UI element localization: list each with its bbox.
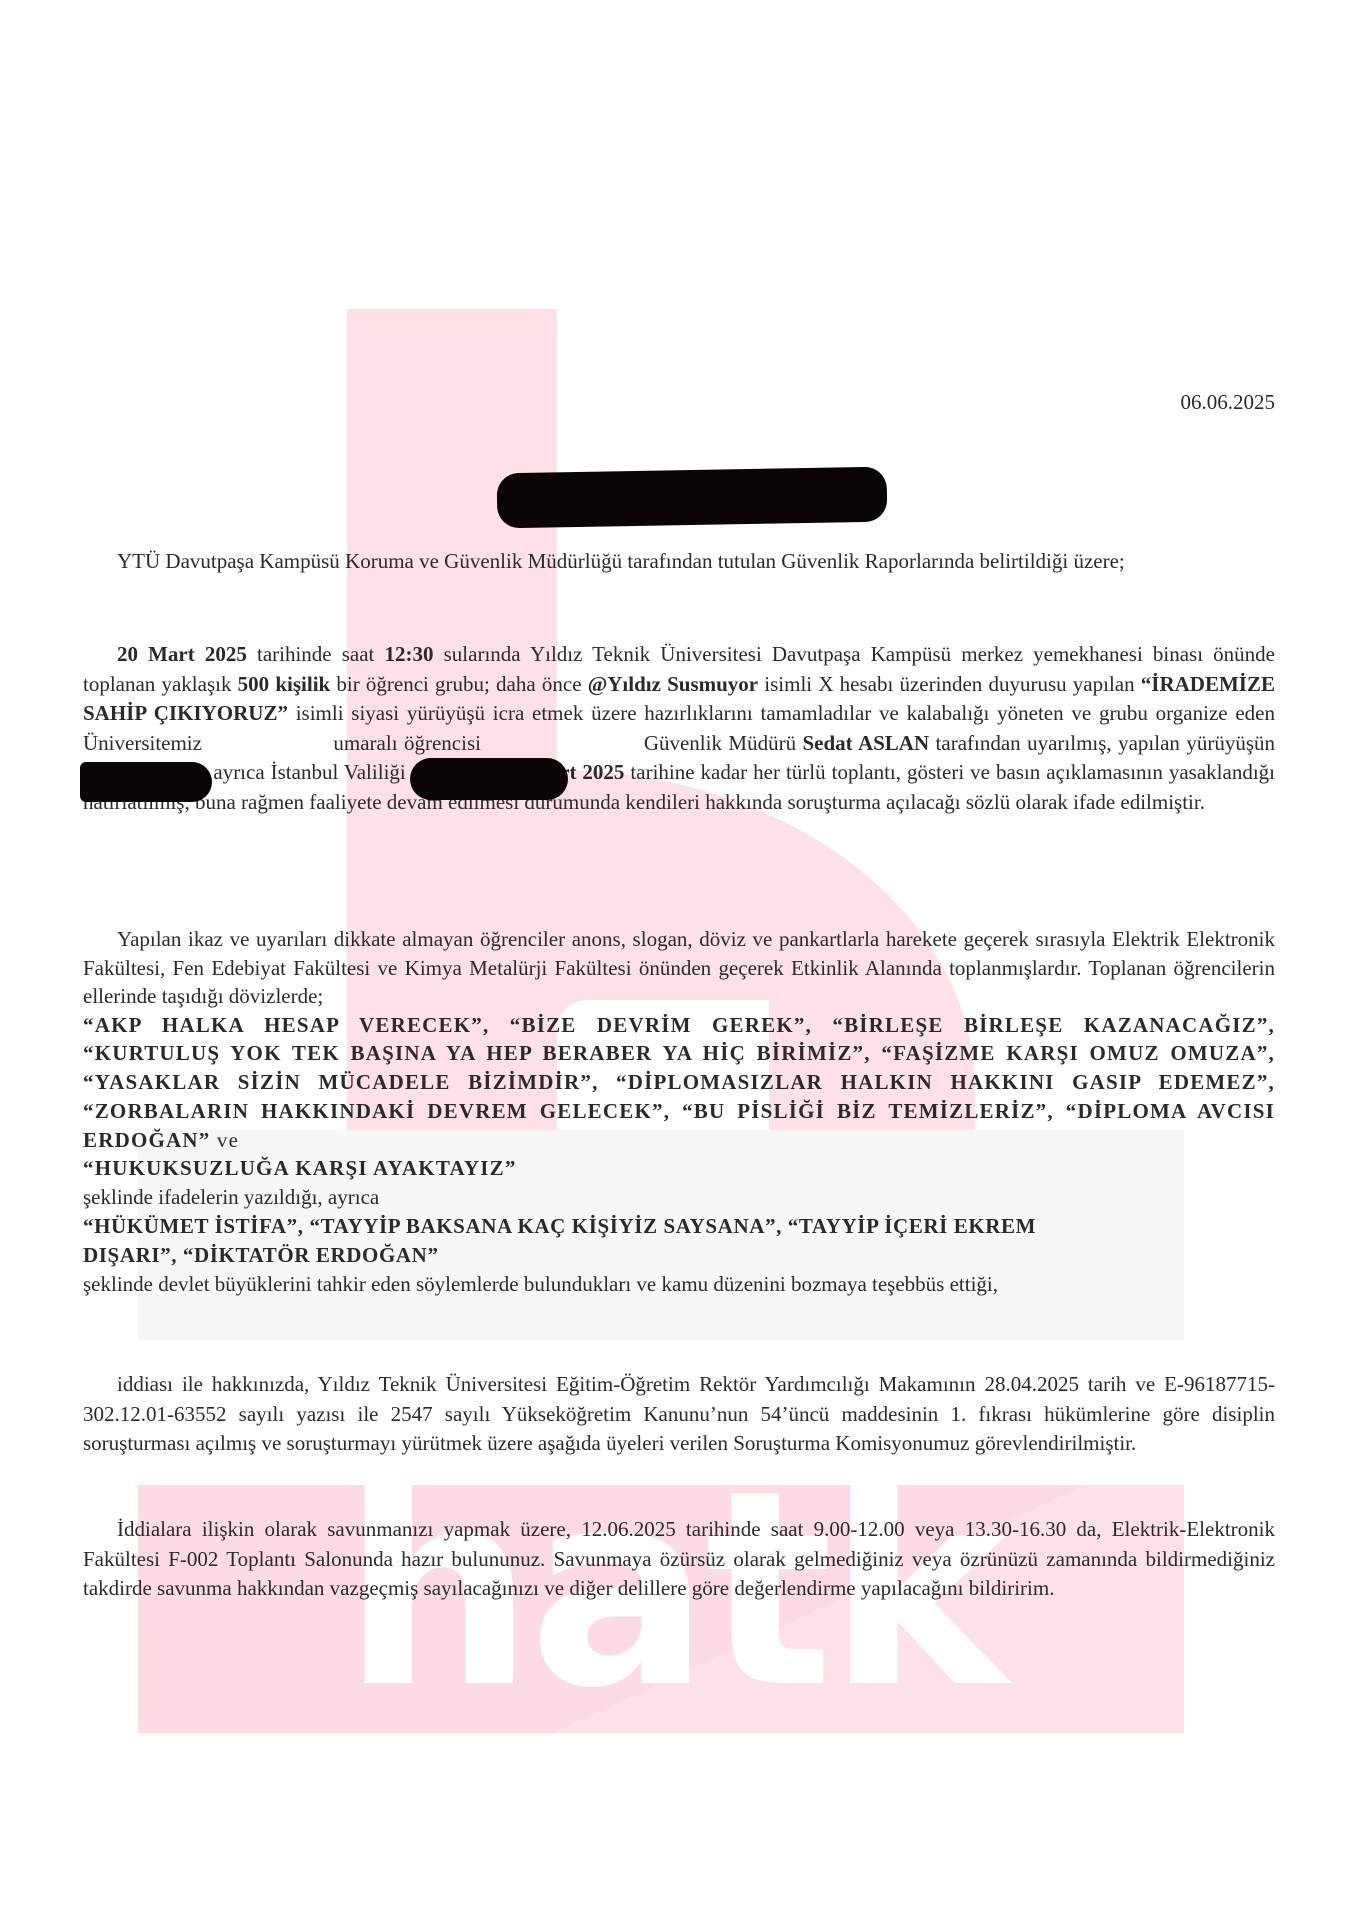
chant-slogans: “HÜKÜMET İSTİFA”, “TAYYİP BAKSANA KAÇ Kİ… <box>83 1212 1275 1270</box>
incident-time: 12:30 <box>385 642 434 666</box>
banner-conjunction: ve <box>210 1128 239 1152</box>
banner-slogan-last: “HUKUKSUZLUĞA KARŞI AYAKTAYIZ” <box>83 1154 1275 1183</box>
chants-line-1: “HÜKÜMET İSTİFA”, “TAYYİP BAKSANA KAÇ Kİ… <box>83 1212 1275 1241</box>
incident-text: umaralı öğrencisi <box>333 731 487 755</box>
redaction-addressee <box>497 467 888 529</box>
after-banners-text: şeklinde ifadelerin yazıldığı, ayrıca <box>83 1183 1275 1212</box>
redaction-student-number <box>80 762 212 802</box>
intro-paragraph: YTÜ Davutpaşa Kampüsü Koruma ve Güvenlik… <box>83 547 1275 577</box>
intro-text: YTÜ Davutpaşa Kampüsü Koruma ve Güvenlik… <box>117 549 1125 573</box>
incident-date: 20 Mart 2025 <box>117 642 247 666</box>
march-text: Yapılan ikaz ve uyarıları dikkate almaya… <box>83 927 1275 1008</box>
after-chants-text: şeklinde devlet büyüklerini tahkir eden … <box>83 1270 1275 1299</box>
incident-text: bir öğrenci grubu; daha önce <box>330 672 587 696</box>
document-date: 06.06.2025 <box>1181 390 1276 415</box>
chants-line-2: DIŞARI”, “DİKTATÖR ERDOĞAN” <box>83 1241 1275 1270</box>
incident-text: Güvenlik Müdürü <box>637 731 802 755</box>
march-paragraph: Yapılan ikaz ve uyarıları dikkate almaya… <box>83 925 1275 1298</box>
redaction-student-name <box>410 758 568 800</box>
banner-slogans: “AKP HALKA HESAP VERECEK”, “BİZE DEVRİM … <box>83 1011 1275 1184</box>
security-director: Sedat ASLAN <box>803 731 930 755</box>
banner-slogans-text: “AKP HALKA HESAP VERECEK”, “BİZE DEVRİM … <box>83 1013 1275 1152</box>
x-account: @Yıldız Susmuyor <box>588 672 758 696</box>
incident-paragraph: 20 Mart 2025 tarihinde saat 12:30 suları… <box>83 640 1275 817</box>
incident-text: tarihinde saat <box>247 642 385 666</box>
incident-text: isimli X hesabı üzerinden duyurusu yapıl… <box>758 672 1141 696</box>
summons-text: İddialara ilişkin olarak savunmanızı yap… <box>83 1517 1275 1600</box>
summons-paragraph: İddialara ilişkin olarak savunmanızı yap… <box>83 1515 1275 1604</box>
allegation-text: iddiası ile hakkınızda, Yıldız Teknik Ün… <box>83 1372 1275 1455</box>
group-size: 500 kişilik <box>238 672 331 696</box>
allegation-paragraph: iddiası ile hakkınızda, Yıldız Teknik Ün… <box>83 1370 1275 1459</box>
